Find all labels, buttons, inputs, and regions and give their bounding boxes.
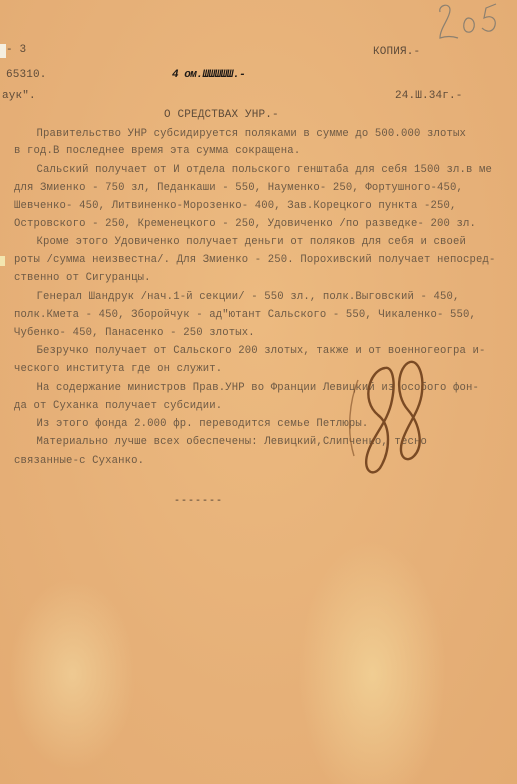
body-line: Островского - 250, Кременецкого - 250, У… — [14, 218, 476, 230]
body-line: для Змиенко - 750 зл, Педанкаши - 550, Н… — [14, 182, 463, 194]
body-line: ственно от Сигуранцы. — [14, 272, 151, 284]
body-line: в год.В последнее время эта сумма сокращ… — [14, 145, 300, 157]
body-line: Чубенко- 450, Панасенко - 250 злотых. — [14, 327, 255, 339]
body-line: Безручко получает от Сальского 200 злоты… — [4, 345, 486, 357]
body-line: полк.Кмета - 450, Зборойчук - ад"ютант С… — [14, 309, 476, 321]
section-divider: ------- — [174, 496, 223, 507]
folio-number-handwritten: 205 — [428, 0, 508, 45]
paper-tear — [0, 256, 5, 266]
body-line: Материально лучше всех обеспечены: Левиц… — [4, 436, 427, 448]
body-line: Правительство УНР субсидируется поляками… — [4, 128, 466, 140]
document-date: 24.Ш.34г.- — [395, 90, 463, 102]
header-fragment-3: аук". — [2, 90, 36, 102]
header-fragment-1: - 3 — [6, 44, 26, 56]
body-line: Сальский получает от И отдела польского … — [4, 164, 492, 176]
document-title: О СРЕДСТВАХ УНР.- — [164, 109, 279, 121]
redacted-reference: 4 ом.ШШШШШ.- — [172, 69, 245, 81]
body-line: ческого института где он служит. — [14, 363, 222, 375]
body-line: роты /сумма неизвестна/. Для Змиенко - 2… — [14, 254, 496, 266]
body-line: Кроме этого Удовиченко получает деньги о… — [4, 236, 466, 248]
body-line: Генерал Шандрук /нач.1-й секции/ - 550 з… — [4, 291, 460, 303]
header-fragment-2: 65310. — [6, 69, 47, 81]
body-line: да от Суханка получает субсидии. — [14, 400, 222, 412]
body-line: связанные-с Суханко. — [14, 455, 144, 467]
body-line: Шевченко- 450, Литвиненко-Морозенко- 400… — [14, 200, 457, 212]
body-line: Из этого фонда 2.000 фр. переводится сем… — [4, 418, 368, 430]
body-line: На содержание министров Прав.УНР во Фран… — [4, 382, 479, 394]
copy-mark: КОПИЯ.- — [373, 46, 420, 58]
